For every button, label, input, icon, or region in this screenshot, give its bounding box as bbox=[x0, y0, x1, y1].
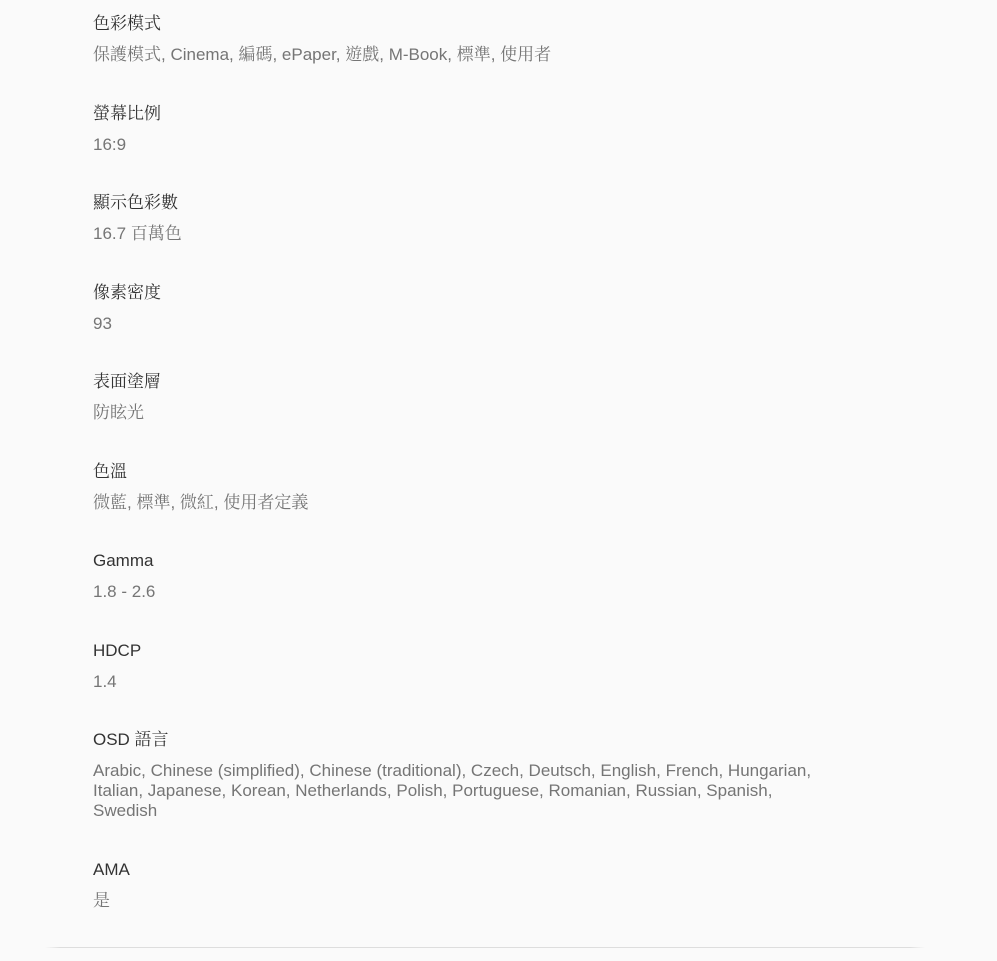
spec-item-display-colors: 顯示色彩數 16.7 百萬色 bbox=[93, 191, 997, 244]
spec-label: 表面塗層 bbox=[93, 370, 997, 394]
spec-label: HDCP bbox=[93, 639, 997, 663]
spec-label: 色溫 bbox=[93, 460, 997, 484]
spec-item-osd-language: OSD 語言 Arabic, Chinese (simplified), Chi… bbox=[93, 728, 997, 821]
spec-item-surface-coating: 表面塗層 防眩光 bbox=[93, 370, 997, 423]
spec-list: 色彩模式 保護模式, Cinema, 編碼, ePaper, 遊戲, M-Boo… bbox=[0, 0, 997, 911]
spec-value: 93 bbox=[93, 314, 905, 334]
spec-value: 16:9 bbox=[93, 135, 905, 155]
spec-value: 是 bbox=[93, 891, 905, 911]
spec-value: 1.4 bbox=[93, 672, 905, 692]
spec-item-hdcp: HDCP 1.4 bbox=[93, 639, 997, 692]
spec-item-ama: AMA 是 bbox=[93, 858, 997, 911]
spec-label: OSD 語言 bbox=[93, 728, 997, 752]
spec-item-color-mode: 色彩模式 保護模式, Cinema, 編碼, ePaper, 遊戲, M-Boo… bbox=[93, 12, 997, 65]
section-divider bbox=[45, 947, 925, 948]
spec-label: AMA bbox=[93, 858, 997, 882]
spec-value: 微藍, 標準, 微紅, 使用者定義 bbox=[93, 493, 905, 513]
spec-item-pixel-density: 像素密度 93 bbox=[93, 281, 997, 334]
spec-label: 像素密度 bbox=[93, 281, 997, 305]
spec-item-gamma: Gamma 1.8 - 2.6 bbox=[93, 549, 997, 602]
spec-page: 色彩模式 保護模式, Cinema, 編碼, ePaper, 遊戲, M-Boo… bbox=[0, 0, 997, 961]
spec-value: 保護模式, Cinema, 編碼, ePaper, 遊戲, M-Book, 標準… bbox=[93, 45, 905, 65]
spec-label: 螢幕比例 bbox=[93, 102, 997, 126]
spec-item-color-temperature: 色溫 微藍, 標準, 微紅, 使用者定義 bbox=[93, 460, 997, 513]
spec-value: 1.8 - 2.6 bbox=[93, 582, 905, 602]
spec-value: Arabic, Chinese (simplified), Chinese (t… bbox=[93, 761, 905, 821]
spec-label: 色彩模式 bbox=[93, 12, 997, 36]
spec-item-aspect-ratio: 螢幕比例 16:9 bbox=[93, 102, 997, 155]
spec-value: 16.7 百萬色 bbox=[93, 224, 905, 244]
spec-value: 防眩光 bbox=[93, 403, 905, 423]
spec-label: Gamma bbox=[93, 549, 997, 573]
spec-label: 顯示色彩數 bbox=[93, 191, 997, 215]
